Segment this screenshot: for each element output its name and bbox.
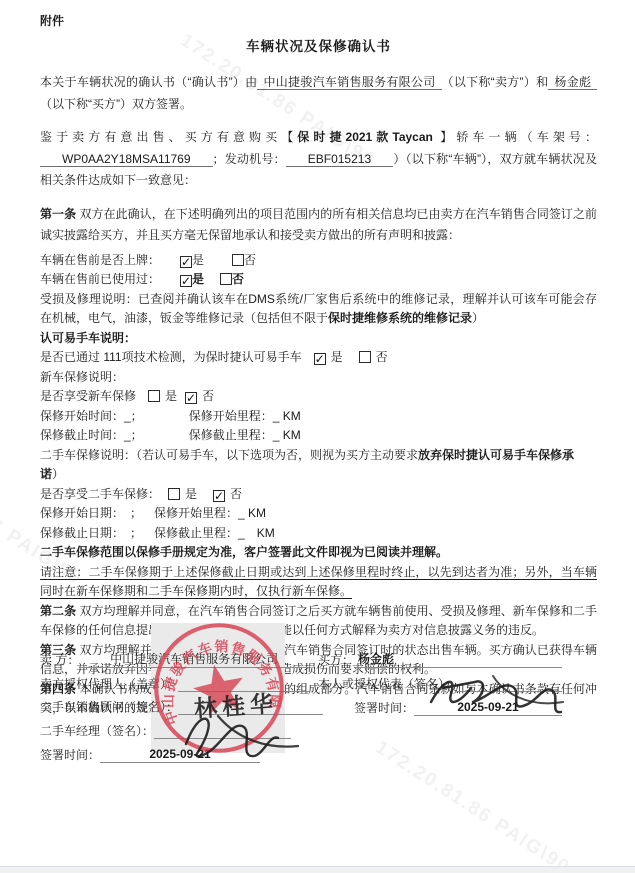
new-warranty-row: 是否享受新车保修是✓否	[40, 387, 597, 407]
page-title: 车辆状况及保修确认书	[40, 35, 597, 55]
damage-repair-note: 受损及修理说明：已查阅并确认该车在DMS系统/厂家售后系统中的维修记录，理解并认…	[40, 290, 597, 329]
new-warranty-start-row: 保修开始时间：_；保修开始里程：_ KM	[40, 407, 597, 427]
approved-used-car-heading: 认可易手车说明：	[40, 329, 597, 349]
warranty-start-km: 保修开始里程：_ KM	[189, 409, 301, 423]
used-warranty-label: 是否享受二手车保修：	[40, 487, 160, 501]
option-yes: 是	[165, 389, 177, 403]
used-start-date: 保修开始日期： ；	[40, 506, 142, 520]
whereas-paragraph: 鉴于卖方有意出售、买方有意购买【保时捷2021款Taycan 】轿车一辆（车架号…	[40, 127, 597, 192]
buyer-signature-scrawl	[423, 658, 573, 732]
used-warranty-start-row: 保修开始日期： ；保修开始里程：_ KM	[40, 504, 597, 524]
damage-bold: 保时捷维修系统的维修记录	[328, 311, 472, 325]
used-end-km: 保修截止里程：_ KM	[154, 526, 275, 540]
option-no: 否	[244, 253, 256, 267]
engine-no-value: EBF015213	[286, 152, 393, 167]
used-end-date: 保修截止日期： ；	[40, 526, 142, 540]
new-warranty-end-row: 保修截止时间：_；保修截止里程：_ KM	[40, 426, 597, 446]
licensed-label: 车辆在售前是否上牌：	[40, 253, 160, 267]
used-before-sale-row: 车辆在售前已使用过：✓是否	[40, 270, 597, 290]
option-yes: 是	[192, 253, 204, 267]
used-start-km: 保修开始里程：_ KM	[154, 506, 266, 520]
option-yes: 是	[331, 350, 343, 364]
manager-signature-scrawl	[176, 704, 308, 766]
whereas-post-model: 】轿车一辆（车架号：	[440, 130, 597, 144]
checkbox-unchecked-icon	[168, 488, 180, 500]
whereas-pre: 鉴于卖方有意出售、买方有意购买【	[40, 130, 297, 144]
article-1: 第一条 双方在此确认，在下述明确列出的项目范围内的所有相关信息均已由卖方在汽车销…	[40, 204, 597, 247]
checkbox-unchecked-icon	[232, 254, 244, 266]
intro-paragraph: 本关于车辆状况的确认书（“确认书”）由中山捷骏汽车销售服务有限公司（以下称“卖方…	[40, 72, 597, 115]
buyer-date-label: 签署时间：	[354, 700, 414, 716]
intro-post: （以下称“买方”）双方签署。	[40, 97, 192, 111]
whereas-mid: ；发动机号：	[213, 152, 286, 166]
checkbox-checked-icon: ✓	[185, 392, 197, 404]
warranty-scope-note: 二手车保修范围以保修手册规定为准，客户签署此文件即视为已阅读并理解。	[40, 543, 597, 563]
warranty-start-time: 保修开始时间：_；	[40, 409, 143, 423]
new-warranty-label: 是否享受新车保修	[40, 389, 136, 403]
checkbox-checked-icon: ✓	[180, 256, 192, 268]
checkbox-unchecked-icon	[220, 273, 232, 285]
checkbox-unchecked-icon	[148, 390, 160, 402]
damage-pre: 受损及修理说明：已查阅并确认该车在DMS系统/厂家售后系统中的维修记录，理解并认…	[40, 292, 597, 326]
checkbox-checked-icon: ✓	[314, 353, 326, 365]
option-no: 否	[230, 487, 242, 501]
used-label: 车辆在售前已使用过：	[40, 272, 160, 286]
manager-label: 二手车经理（签名）：	[40, 723, 154, 739]
option-yes: 是	[192, 272, 204, 286]
warranty-end-time: 保修截止时间：_；	[40, 428, 143, 442]
checkbox-checked-icon: ✓	[213, 490, 225, 502]
used-warranty-post: ）	[52, 467, 64, 481]
intro-mid: （以下称“卖方”）和	[442, 75, 549, 89]
buyer-label: 买方：	[318, 652, 354, 668]
article-2: 第二条 双方均理解并同意，在汽车销售合同签订之后买方就车辆售前使用、受损及修理、…	[40, 602, 597, 641]
used-warranty-heading: 二手车保修说明：（若认可易手车，以下选项为否，则视为买方主动要求放弃保时捷认可易…	[40, 446, 597, 485]
buyer-name-underlined: 杨金彪	[548, 75, 597, 90]
article-1-label: 第一条	[40, 207, 76, 221]
checkbox-unchecked-icon	[359, 351, 371, 363]
document-body: 附件 车辆状况及保修确认书 本关于车辆状况的确认书（“确认书”）由中山捷骏汽车销…	[40, 12, 597, 719]
disclosure-rows: 车辆在售前是否上牌：✓是否 车辆在售前已使用过：✓是否 受损及修理说明：已查阅并…	[40, 251, 597, 719]
technical-check-label: 是否已通过 111项技术检测，为保时捷认可易手车	[40, 350, 302, 364]
warranty-notice: 请注意：二手车保修期于上述保修截止日期或达到上述保修里程时终止，以先到达者为准；…	[40, 563, 597, 602]
technical-check-row: 是否已通过 111项技术检测，为保时捷认可易手车✓是否	[40, 348, 597, 368]
article-1-text: 双方在此确认，在下述明确列出的项目范围内的所有相关信息均已由卖方在汽车销售合同签…	[40, 207, 597, 243]
damage-post: ）	[472, 311, 484, 325]
used-warranty-pre: 二手车保修说明：（若认可易手车，以下选项为否，则视为买方主动要求	[40, 448, 418, 462]
attachment-label: 附件	[40, 12, 597, 29]
article-2-text: 双方均理解并同意，在汽车销售合同签订之后买方就车辆售前使用、受损及修理、新车保修…	[40, 604, 597, 638]
option-no: 否	[376, 350, 388, 364]
seller-label: 卖 方：	[40, 652, 79, 668]
used-warranty-end-row: 保修截止日期： ；保修截止里程：_ KM	[40, 524, 597, 544]
warranty-end-km: 保修截止里程：_ KM	[189, 428, 301, 442]
seller-date-label: 签署时间：	[40, 747, 100, 763]
option-no: 否	[202, 389, 214, 403]
used-warranty-row: 是否享受二手车保修：是✓否	[40, 485, 597, 505]
checkbox-checked-icon: ✓	[180, 275, 192, 287]
option-no: 否	[232, 272, 244, 286]
article-2-label: 第二条	[40, 604, 76, 618]
vin-value: WP0AA2Y18MSA11769	[40, 152, 213, 167]
option-yes: 是	[185, 487, 197, 501]
intro-pre: 本关于车辆状况的确认书（“确认书”）由	[40, 75, 257, 89]
vehicle-model: 保时捷2021款Taycan	[297, 130, 440, 144]
licensed-before-sale-row: 车辆在售前是否上牌：✓是否	[40, 251, 597, 271]
document-page: 172.20.81.86 PAIG\90 172.20.81.86 PAIG\9…	[0, 0, 635, 873]
seller-name-underlined: 中山捷骏汽车销售服务有限公司	[257, 75, 441, 90]
new-warranty-heading: 新车保修说明：	[40, 368, 597, 388]
scan-edge-strip	[0, 866, 635, 873]
